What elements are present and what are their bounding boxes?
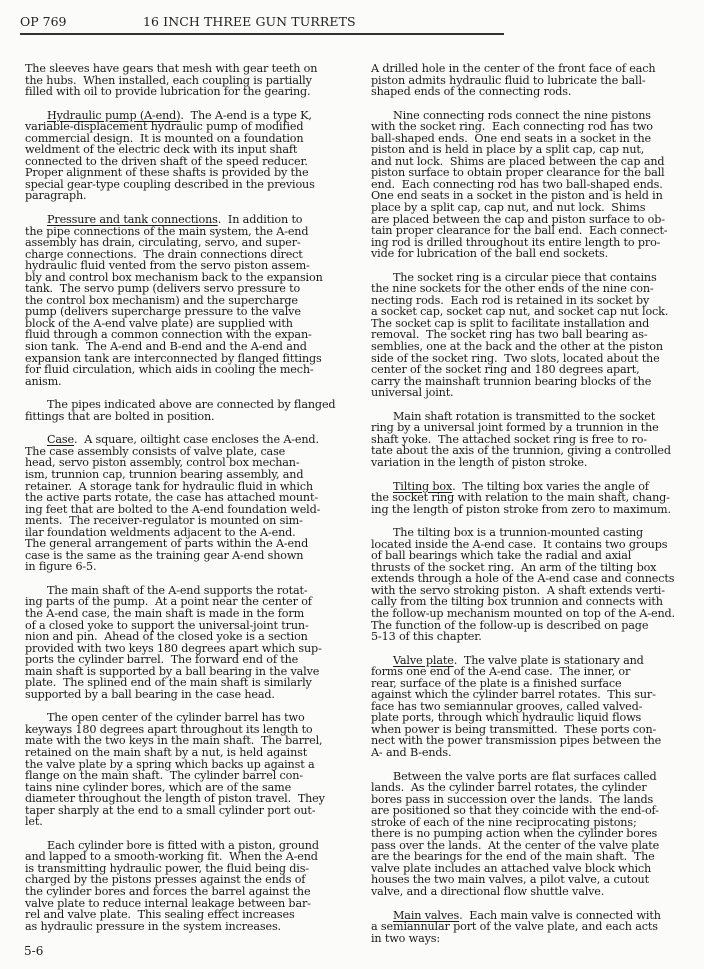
paragraph: The pipes indicated above are connected … [25, 399, 365, 422]
text-line: semblies, one at the back and the other … [371, 341, 701, 353]
text-line: nion and pin. Ahead of the closed yoke i… [25, 631, 365, 643]
text-line: ports the cylinder barrel. The forward e… [25, 654, 365, 666]
text-line: rel and valve plate. This sealing effect… [25, 909, 365, 921]
text-line: paragraph. [25, 190, 365, 202]
right-column: A drilled hole in the center of the fron… [371, 63, 701, 944]
text-line: the follow-up mechanism mounted on top o… [371, 608, 701, 620]
text-line: fittings that are bolted in position. [25, 411, 365, 423]
paragraph: Between the valve ports are flat surface… [371, 771, 701, 898]
paragraph: Main shaft rotation is transmitted to th… [371, 411, 701, 469]
paragraph: The tilting box is a trunnion-mounted ca… [371, 527, 701, 642]
text-line: variation in the length of piston stroke… [371, 457, 701, 469]
text-line: variable-displacement hydraulic pump of … [25, 121, 365, 133]
document-id: OP 769 [20, 14, 67, 29]
paragraph-hydraulic-pump: Hydraulic pump (A-end). The A-end is a t… [25, 110, 365, 202]
text-line: assembly has drain, circulating, servo, … [25, 237, 365, 249]
paragraph: A drilled hole in the center of the fron… [371, 63, 701, 98]
paragraph-tilting-box: Tilting box. The tilting box varies the … [371, 481, 701, 516]
text-line: shaped ends of the connecting rods. [371, 86, 701, 98]
text-line: are positioned so that they coincide wit… [371, 805, 701, 817]
text-line: the A-end case, the main shaft is made i… [25, 608, 365, 620]
text-line: for fluid circulation, which aids in coo… [25, 364, 365, 376]
paragraph-valve-plate: Valve plate. The valve plate is stationa… [371, 655, 701, 759]
text-line: the socket ring with relation to the mai… [371, 492, 701, 504]
text-line: lands. As the cylinder barrel rotates, t… [371, 782, 701, 794]
text-line: diameter throughout the length of piston… [25, 793, 365, 805]
paragraph: Each cylinder bore is fitted with a pist… [25, 840, 365, 932]
text-line: flange on the main shaft. The cylinder b… [25, 770, 365, 782]
text-line: vide for lubrication of the ball end soc… [371, 248, 701, 260]
text-line: A- and B-ends. [371, 747, 701, 759]
text-line: taper sharply at the end to a small cyli… [25, 805, 365, 817]
text-line: A drilled hole in the center of the fron… [371, 63, 701, 75]
text-line: retained on the main shaft by a nut, is … [25, 747, 365, 759]
text-line: with the socket ring. Each connecting ro… [371, 121, 701, 133]
text-line: supported by a ball bearing in the case … [25, 689, 365, 701]
paragraph-pressure-tank: Pressure and tank connections. In additi… [25, 214, 365, 387]
text-line: The sleeves have gears that mesh with ge… [25, 63, 365, 75]
text-line: place by a split cap, cap nut, and nut l… [371, 202, 701, 214]
text-line: filled with oil to provide lubrication f… [25, 86, 365, 98]
paragraph-case: Case. A square, oiltight case encloses t… [25, 434, 365, 573]
paragraph-main-valves: Main valves. Each main valve is connecte… [371, 910, 701, 945]
text-line: anism. [25, 376, 365, 388]
text-line: in two ways: [371, 933, 701, 945]
text-line: center of the socket ring and 180 degree… [371, 364, 701, 376]
text-line: a semiannular port of the valve plate, a… [371, 921, 701, 933]
paragraph: The sleeves have gears that mesh with ge… [25, 63, 365, 98]
text-line: valve, and a directional flow shuttle va… [371, 886, 701, 898]
text-line: universal joint. [371, 387, 701, 399]
text-line: let. [25, 816, 365, 828]
left-column: The sleeves have gears that mesh with ge… [25, 63, 365, 932]
text-line: ments. The receiver-regulator is mounted… [25, 515, 365, 527]
text-line: as hydraulic pressure in the system incr… [25, 921, 365, 933]
paragraph: The open center of the cylinder barrel h… [25, 712, 365, 827]
text-line: The tilting box is a trunnion-mounted ca… [371, 527, 701, 539]
text-line: sion tank. The A-end and B-end and the A… [25, 341, 365, 353]
paragraph: The main shaft of the A-end supports the… [25, 585, 365, 700]
text-line: ing the length of piston stroke from zer… [371, 504, 701, 516]
page-title: 16 INCH THREE GUN TURRETS [143, 14, 356, 29]
text-line: the cylinder bores and forces the barrel… [25, 886, 365, 898]
text-line: the active parts rotate, the case has at… [25, 492, 365, 504]
text-line: in figure 6-5. [25, 561, 365, 573]
page-number: 5-6 [24, 944, 43, 958]
text-line: tain proper clearance for the ball end. … [371, 225, 701, 237]
paragraph: Nine connecting rods connect the nine pi… [371, 110, 701, 260]
text-line: ism, trunnion cap, trunnion bearing asse… [25, 469, 365, 481]
header-rule [20, 33, 504, 35]
text-line: 5-13 of this chapter. [371, 631, 701, 643]
paragraph: The socket ring is a circular piece that… [371, 272, 701, 399]
text-line: forms one end of the A-end case. The inn… [371, 666, 701, 678]
